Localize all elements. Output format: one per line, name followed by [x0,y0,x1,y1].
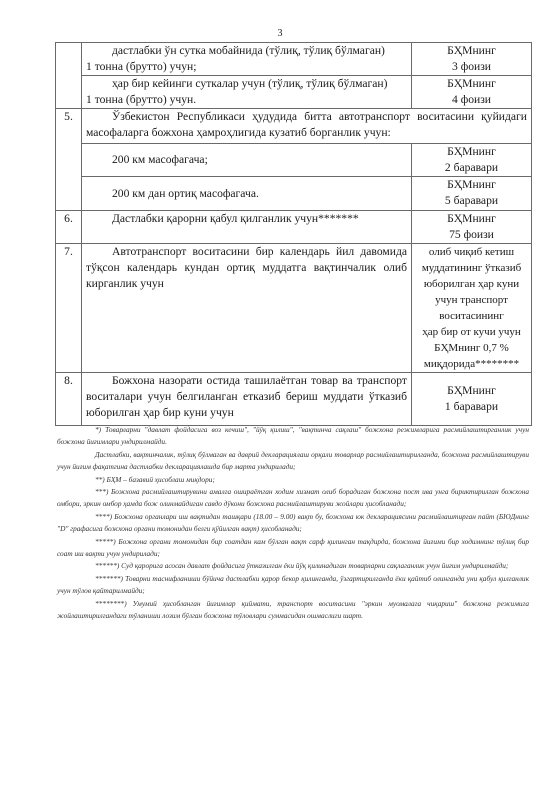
footnote: ********) Умумий ҳисобланган йиғимлар қи… [57,598,529,623]
footnote: ***) Божхона расмийлаштирувини амалга ош… [57,486,529,511]
table-row: ҳар бир кейинги суткалар учун (тўлиқ, тў… [56,76,532,109]
row-description: Божхона назорати остида ташилаётган това… [82,373,412,426]
table-row: дастлабки ўн сутка мобайнида (тўлиқ, тўл… [56,43,532,76]
footnote: *******) Товарни таснифланиши бўйича дас… [57,573,529,598]
row-number: 5. [56,109,82,211]
table-row: 7. Автотранспорт воситасини бир календар… [56,244,532,373]
footnote: *) Товарларни "давлат фойдасига воз кечи… [57,424,529,449]
page-number: 3 [0,28,560,40]
row-description: дастлабки ўн сутка мобайнида (тўлиқ, тўл… [82,43,412,76]
row-number: 6. [56,211,82,244]
row-description: 200 км дан ортиқ масофагача. [82,177,412,211]
row-rate: БҲМнинг 5 баравари [412,177,532,211]
footnote: ******) Суд қарорига асосан давлат фойда… [57,560,529,572]
footnote: ****) Божхона органлари иш вақтидан ташқ… [57,511,529,536]
table-row: 200 км дан ортиқ масофагача. БҲМнинг 5 б… [56,177,532,211]
row-rate: БҲМнинг 3 фоизи [412,43,532,76]
footnote: Дастлабки, вақтинчалик, тўлиқ бўлмаган в… [57,449,529,474]
row-description: Дастлабки қарорни қабул қилганлик учун**… [82,211,412,244]
table-row: 8. Божхона назорати остида ташилаётган т… [56,373,532,426]
table-row: 5. Ўзбекистон Республикаси ҳудудида битт… [56,109,532,144]
row-number [56,43,82,109]
row-description: ҳар бир кейинги суткалар учун (тўлиқ, тў… [82,76,412,109]
row-rate: БҲМнинг 4 фоизи [412,76,532,109]
table-row: 200 км масофагача; БҲМнинг 2 баравари [56,144,532,177]
row-rate: БҲМнинг 75 фоизи [412,211,532,244]
row-description: Автотранспорт воситасини бир календарь й… [82,244,412,373]
row-description: 200 км масофагача; [82,144,412,177]
row-rate: БҲМнинг 2 баравари [412,144,532,177]
customs-fee-table: дастлабки ўн сутка мобайнида (тўлиқ, тўл… [55,42,532,426]
table-row: 6. Дастлабки қарорни қабул қилганлик учу… [56,211,532,244]
row-rate: БҲМнинг 1 баравари [412,373,532,426]
row-rate: олиб чиқиб кетиш муддатининг ўтказиб юбо… [412,244,532,373]
row-heading: Ўзбекистон Республикаси ҳудудида битта а… [82,109,532,144]
footnotes: *) Товарларни "давлат фойдасига воз кечи… [57,424,529,623]
row-number: 8. [56,373,82,426]
row-number: 7. [56,244,82,373]
footnote: *****) Божхона органи томонидан бир соат… [57,536,529,561]
footnote: **) БҲМ – базавий ҳисоблаш миқдори; [57,474,529,486]
